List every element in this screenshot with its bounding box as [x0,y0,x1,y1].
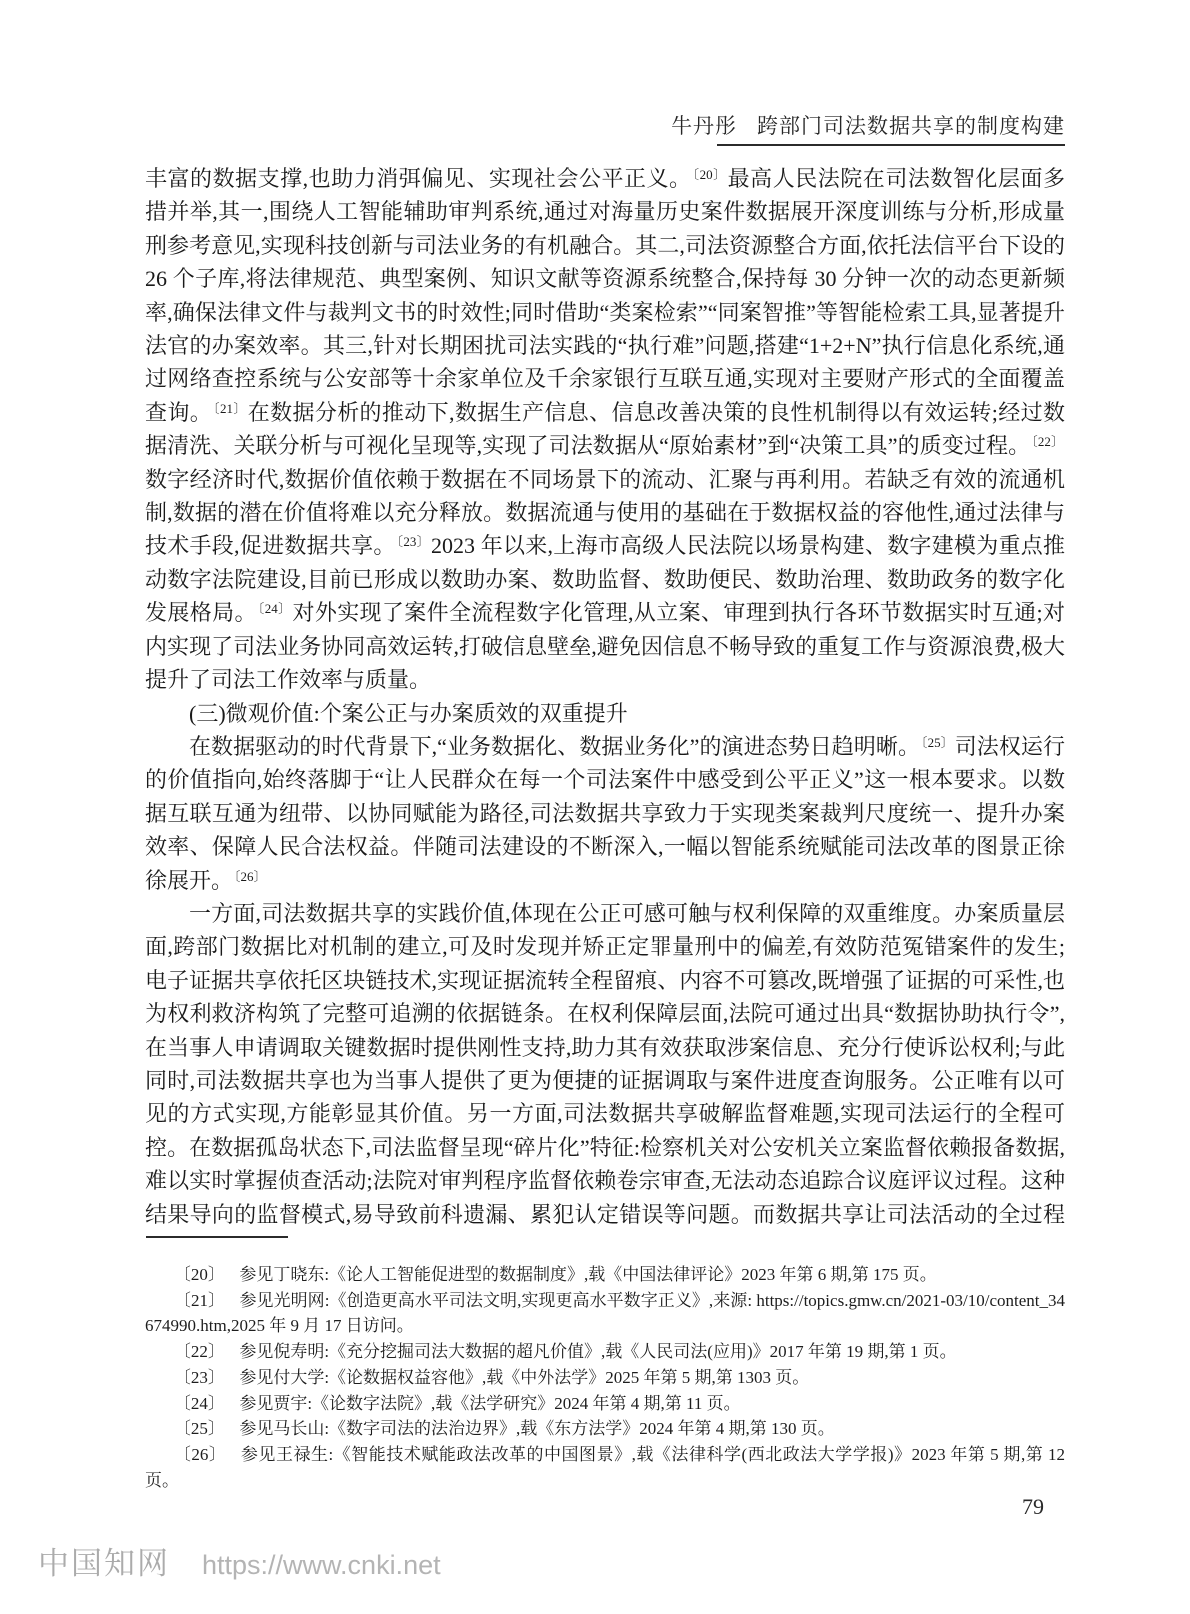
text-run: 最高人民法院在司法数智化层面多措并举,其一,围绕人工智能辅助审判系统,通过对海量… [145,166,1065,425]
watermark-url[interactable]: https://www.cnki.net [202,1550,441,1581]
footnote-ref: 〔20〕 [693,167,727,182]
footnote-ref: 〔24〕 [258,601,292,616]
running-head-title: 跨部门司法数据共享的制度构建 [757,114,1065,138]
header-rule [717,144,1065,146]
body-paragraph: 丰富的数据支撑,也助力消弭偏见、实现社会公平正义。〔20〕最高人民法院在司法数智… [145,162,1065,697]
footnote-label: 〔23〕 [174,1368,225,1387]
section-heading: (三)微观价值:个案公正与办案质效的双重提升 [145,697,1065,730]
footnote-item: 〔26〕参见王禄生:《智能技术赋能政法改革的中国图景》,载《法律科学(西北政法大… [145,1442,1065,1493]
footnote-item: 〔22〕参见倪寿明:《充分挖掘司法大数据的超凡价值》,载《人民司法(应用)》20… [145,1339,1065,1365]
footnote-label: 〔24〕 [174,1394,225,1413]
footnote-text: 参见贾宇:《论数字法院》,载《法学研究》2024 年第 4 期,第 11 页。 [239,1394,740,1413]
footnote-text: 参见光明网:《创造更高水平司法文明,实现更高水平数字正义》,来源: https:… [145,1291,1065,1336]
body-paragraph: 一方面,司法数据共享的实践价值,体现在公正可感可触与权利保障的双重维度。办案质量… [145,897,1065,1232]
text-run: 在数据分析的推动下,数据生产信息、信息改善决策的良性机制得以有效运转;经过数据清… [145,400,1065,458]
footnote-separator [146,1236,288,1238]
footnote-ref: 〔26〕 [234,869,267,884]
article-body: 丰富的数据支撑,也助力消弭偏见、实现社会公平正义。〔20〕最高人民法院在司法数智… [145,162,1065,1232]
footnote-text: 参见丁晓东:《论人工智能促进型的数据制度》,载《中国法律评论》2023 年第 6… [239,1265,936,1284]
footnote-text: 参见付大学:《论数据权益容他》,载《中外法学》2025 年第 5 期,第 130… [239,1368,809,1387]
text-run: 丰富的数据支撑,也助力消弭偏见、实现社会公平正义。 [145,166,692,191]
watermark-site-name: 中国知网 [38,1538,170,1583]
footnote-list: 〔20〕参见丁晓东:《论人工智能促进型的数据制度》,载《中国法律评论》2023 … [145,1262,1065,1493]
text-run: 在数据驱动的时代背景下,“业务数据化、数据业务化”的演进态势日趋明晰。 [189,734,920,759]
footnote-ref: 〔25〕 [921,735,954,750]
page-number: 79 [1022,1494,1044,1520]
footnote-item: 〔25〕参见马长山:《数字司法的法治边界》,载《东方法学》2024 年第 4 期… [145,1416,1065,1442]
footnote-text: 参见王禄生:《智能技术赋能政法改革的中国图景》,载《法律科学(西北政法大学学报)… [145,1445,1065,1490]
text-run: (三)微观价值:个案公正与办案质效的双重提升 [189,701,628,726]
footnote-text: 参见倪寿明:《充分挖掘司法大数据的超凡价值》,载《人民司法(应用)》2017 年… [239,1342,956,1361]
footnote-item: 〔24〕参见贾宇:《论数字法院》,载《法学研究》2024 年第 4 期,第 11… [145,1391,1065,1417]
paper-page: 牛丹彤跨部门司法数据共享的制度构建 丰富的数据支撑,也助力消弭偏见、实现社会公平… [0,0,1190,1614]
footnote-ref: 〔23〕 [397,534,430,549]
running-head-author: 牛丹彤 [671,114,737,138]
running-head: 牛丹彤跨部门司法数据共享的制度构建 [671,110,1065,140]
footnote-text: 参见马长山:《数字司法的法治边界》,载《东方法学》2024 年第 4 期,第 1… [239,1419,834,1438]
footnote-item: 〔23〕参见付大学:《论数据权益容他》,载《中外法学》2025 年第 5 期,第… [145,1365,1065,1391]
watermark: 中国知网 https://www.cnki.net [38,1538,441,1583]
footnote-ref: 〔21〕 [213,401,247,416]
text-run: 一方面,司法数据共享的实践价值,体现在公正可感可触与权利保障的双重维度。办案质量… [145,901,1065,1232]
footnote-item: 〔21〕参见光明网:《创造更高水平司法文明,实现更高水平数字正义》,来源: ht… [145,1288,1065,1339]
footnote-label: 〔20〕 [174,1265,225,1284]
footnote-label: 〔21〕 [174,1291,225,1310]
footnote-label: 〔22〕 [174,1342,225,1361]
footnote-label: 〔25〕 [174,1419,225,1438]
footnote-label: 〔26〕 [174,1445,227,1464]
body-paragraph: 在数据驱动的时代背景下,“业务数据化、数据业务化”的演进态势日趋明晰。〔25〕司… [145,730,1065,897]
footnote-item: 〔20〕参见丁晓东:《论人工智能促进型的数据制度》,载《中国法律评论》2023 … [145,1262,1065,1288]
footnote-ref: 〔22〕 [1031,434,1064,449]
